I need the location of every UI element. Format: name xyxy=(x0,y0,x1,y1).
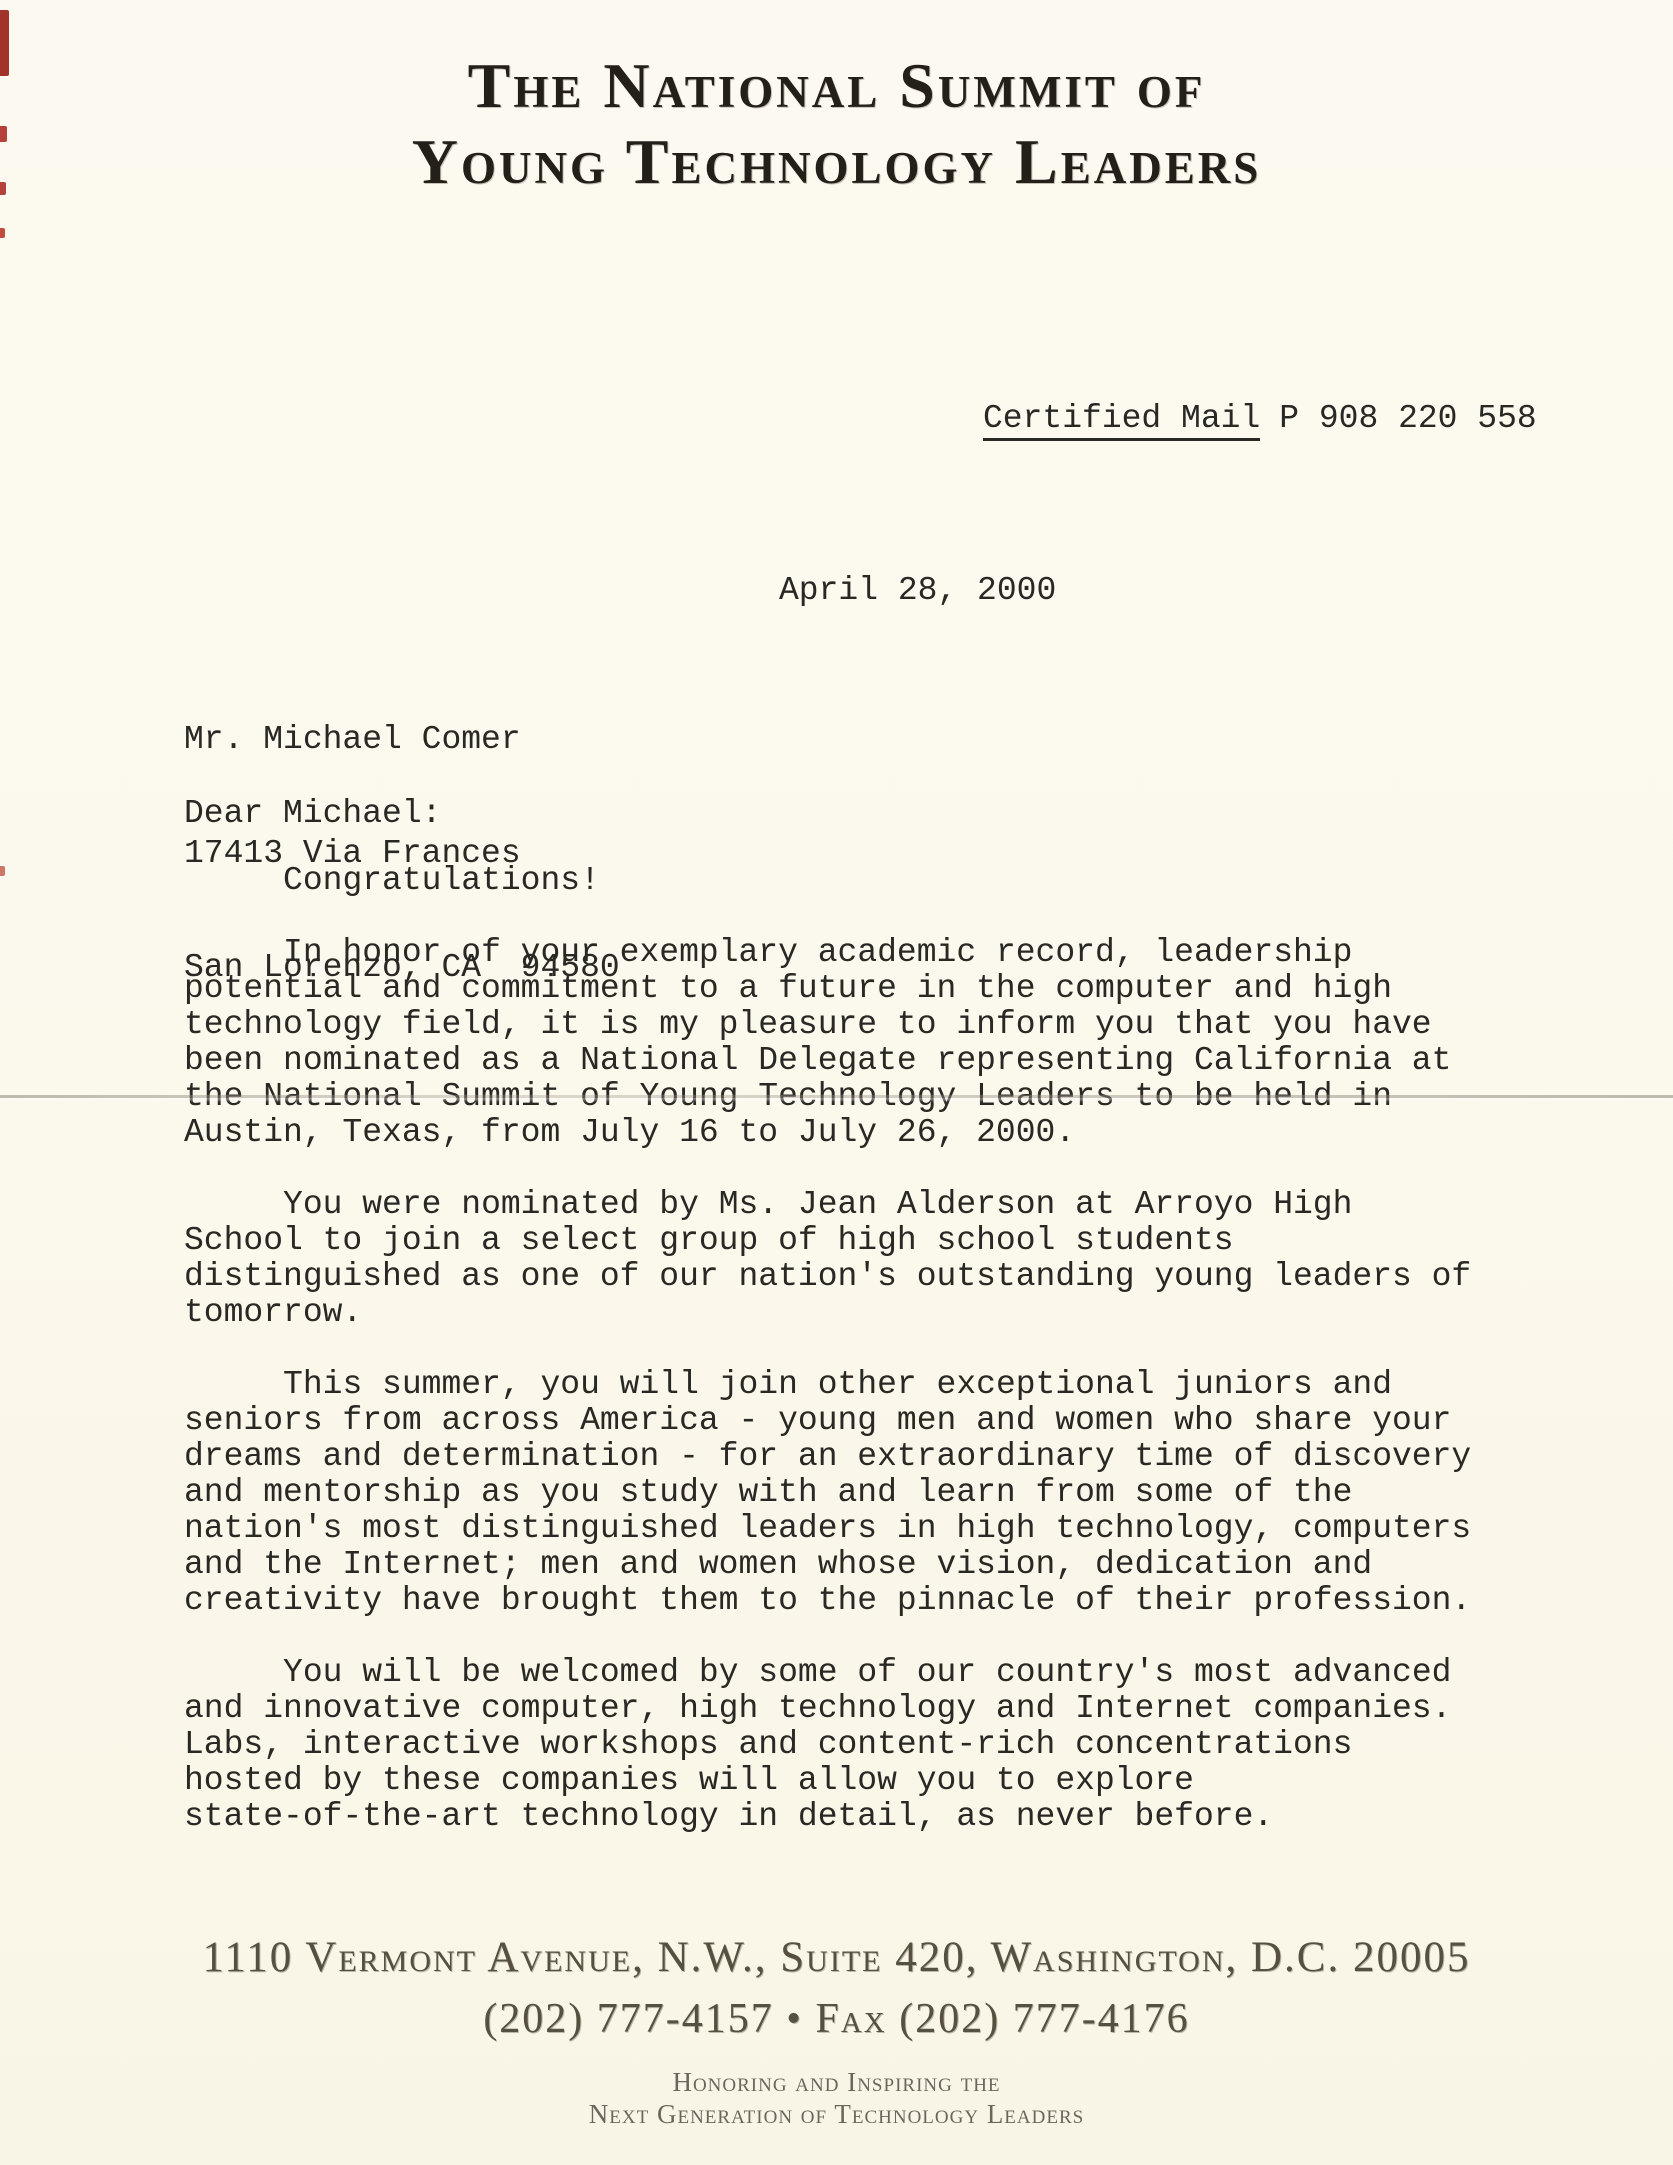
letter-date: April 28, 2000 xyxy=(779,572,1056,609)
certified-mail-number: P 908 220 558 xyxy=(1279,400,1536,437)
scan-artifact-red-dot xyxy=(0,228,5,238)
paragraph-companies: You will be welcomed by some of our coun… xyxy=(184,1655,1544,1835)
footer-phone-fax: (202) 777-4157 • Fax (202) 777-4176 xyxy=(0,1994,1673,2044)
footer-tagline-line2: Next Generation of Technology Leaders xyxy=(0,2098,1673,2130)
paragraph-nomination: In honor of your exemplary academic reco… xyxy=(184,935,1544,1151)
letterhead-title-line2: Young Technology Leaders xyxy=(0,124,1673,200)
certified-mail-label: Certified Mail xyxy=(983,400,1260,441)
footer-street-address: 1110 Vermont Avenue, N.W., Suite 420, Wa… xyxy=(0,1932,1673,1984)
paragraph-summer-program: This summer, you will join other excepti… xyxy=(184,1367,1544,1619)
recipient-name: Mr. Michael Comer xyxy=(184,721,620,759)
letterhead-title-line1: The National Summit of xyxy=(0,48,1673,124)
salutation: Dear Michael: xyxy=(184,795,441,832)
scanned-letter-page: The National Summit of Young Technology … xyxy=(0,0,1673,2165)
letterhead: The National Summit of Young Technology … xyxy=(0,48,1673,200)
letter-body: Congratulations! In honor of your exempl… xyxy=(184,863,1544,1871)
certified-mail-line: Certified MailP 908 220 558 xyxy=(983,400,1537,437)
fold-crease xyxy=(0,1095,1673,1098)
opening-line: Congratulations! xyxy=(184,863,1544,899)
letterhead-footer: 1110 Vermont Avenue, N.W., Suite 420, Wa… xyxy=(0,1932,1673,2130)
paragraph-nominator: You were nominated by Ms. Jean Alderson … xyxy=(184,1187,1544,1331)
scan-artifact-red-dot xyxy=(0,866,5,876)
footer-tagline-line1: Honoring and Inspiring the xyxy=(0,2066,1673,2098)
